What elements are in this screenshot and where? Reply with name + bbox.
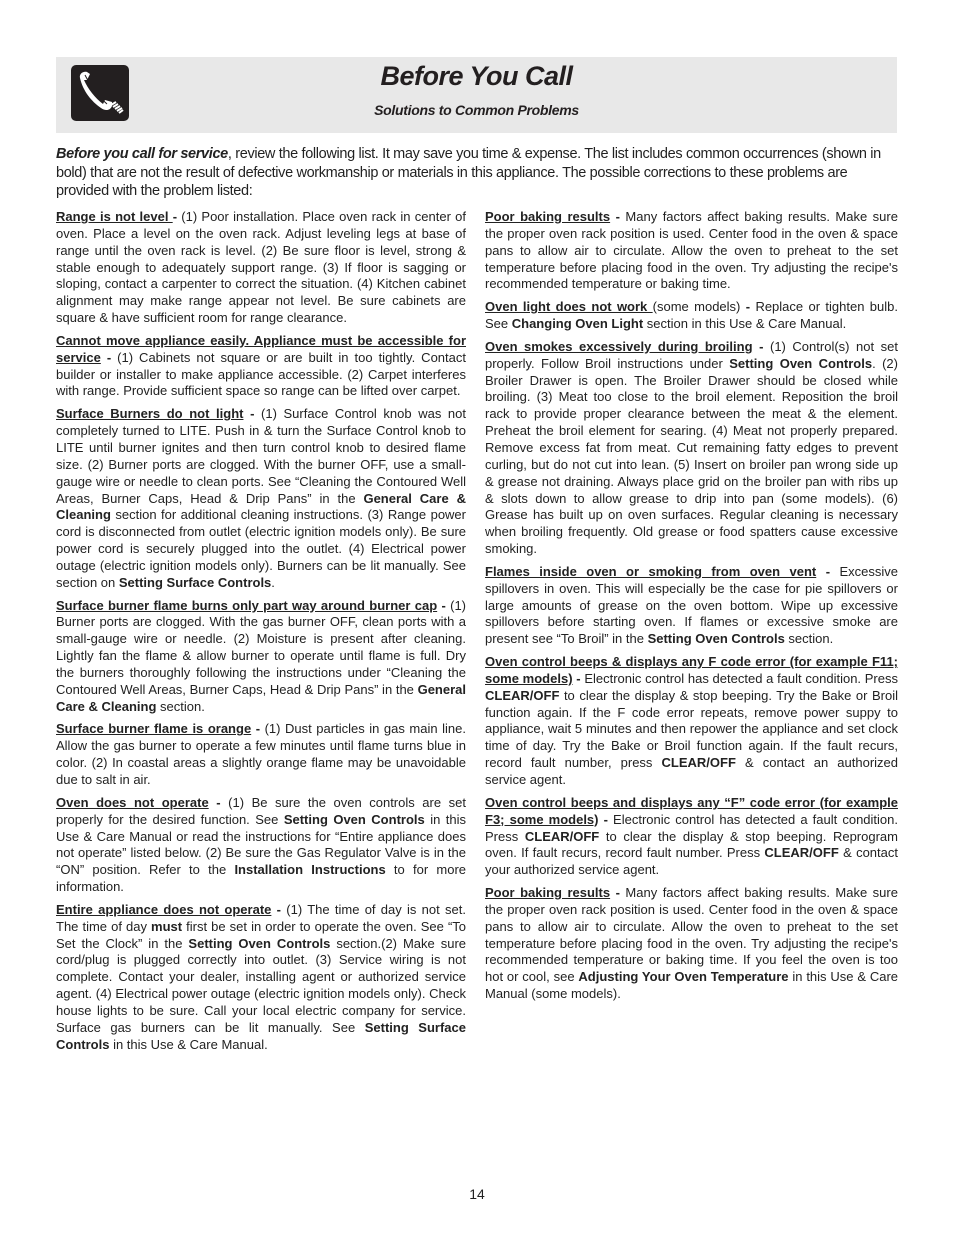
problem-entry: Range is not level - (1) Poor installati…: [56, 209, 466, 327]
problem-heading: Flames inside oven or smoking from oven …: [485, 564, 816, 579]
heading-dash: -: [277, 902, 287, 917]
solution-text: section.: [156, 699, 204, 714]
section-reference: CLEAR/OFF: [485, 688, 559, 703]
problem-entry: Flames inside oven or smoking from oven …: [485, 564, 898, 648]
section-reference: CLEAR/OFF: [662, 755, 736, 770]
problem-heading: Surface Burners do not light: [56, 406, 243, 421]
page-header: Before You Call Solutions to Common Prob…: [56, 57, 897, 133]
intro-lead: Before you call for service: [56, 146, 228, 162]
heading-dash: -: [826, 564, 840, 579]
solution-text: section in this Use & Care Manual.: [643, 316, 846, 331]
right-column: Poor baking results - Many factors affec…: [485, 209, 898, 1009]
section-reference: Adjusting Your Oven Temperature: [578, 969, 788, 984]
section-reference: Setting Oven Controls: [284, 812, 425, 827]
heading-dash: -: [746, 299, 756, 314]
solution-text: in this Use & Care Manual.: [109, 1037, 267, 1052]
section-reference: Setting Oven Controls: [729, 356, 872, 371]
problem-entry: Oven control beeps and displays any “F” …: [485, 795, 898, 879]
heading-dash: -: [173, 209, 182, 224]
heading-dash: -: [759, 339, 770, 354]
page-number: 14: [0, 1186, 954, 1202]
problem-heading: Oven does not operate: [56, 795, 209, 810]
problem-heading: Oven smokes excessively during broiling: [485, 339, 753, 354]
section-reference: Setting Oven Controls: [648, 631, 785, 646]
problem-entry: Oven control beeps & displays any F code…: [485, 654, 898, 789]
page-subtitle: Solutions to Common Problems: [56, 102, 897, 118]
solution-text: (1) Poor installation. Place oven rack i…: [56, 209, 466, 325]
heading-dash: -: [604, 812, 613, 827]
section-reference: Changing Oven Light: [512, 316, 643, 331]
problem-entry: Poor baking results - Many factors affec…: [485, 209, 898, 293]
solution-text: . (2) Broiler Drawer is open. The Broile…: [485, 356, 898, 556]
problem-heading: Surface burner flame burns only part way…: [56, 598, 437, 613]
problem-entry: Cannot move appliance easily. Appliance …: [56, 333, 466, 400]
solution-text: Electronic control has detected a fault …: [584, 671, 898, 686]
section-reference: CLEAR/OFF: [525, 829, 599, 844]
problem-entry: Oven light does not work (some models) -…: [485, 299, 898, 333]
intro-paragraph: Before you call for service, review the …: [56, 145, 899, 201]
left-column: Range is not level - (1) Poor installati…: [56, 209, 466, 1060]
problem-entry: Oven smokes excessively during broiling …: [485, 339, 898, 558]
problem-qualifier: (some models): [653, 299, 746, 314]
section-reference: must: [151, 919, 182, 934]
solution-text: (1) Cabinets not square or are built in …: [56, 350, 466, 399]
solution-text: .: [271, 575, 275, 590]
problem-entry: Entire appliance does not operate - (1) …: [56, 902, 466, 1054]
problem-heading: Range is not level: [56, 209, 173, 224]
heading-dash: -: [256, 721, 265, 736]
problem-heading: Poor baking results: [485, 885, 610, 900]
page-title: Before You Call: [56, 61, 897, 92]
solution-text: section.: [785, 631, 833, 646]
problem-entry: Surface burner flame is orange - (1) Dus…: [56, 721, 466, 788]
section-reference: Installation Instructions: [234, 862, 385, 877]
heading-dash: -: [616, 885, 626, 900]
heading-dash: -: [216, 795, 228, 810]
problem-heading: Surface burner flame is orange: [56, 721, 251, 736]
problem-entry: Poor baking results - Many factors affec…: [485, 885, 898, 1003]
heading-dash: -: [441, 598, 450, 613]
section-reference: Setting Surface Controls: [119, 575, 271, 590]
problem-heading: Oven light does not work: [485, 299, 653, 314]
heading-dash: -: [616, 209, 626, 224]
problem-entry: Surface Burners do not light - (1) Surfa…: [56, 406, 466, 591]
heading-dash: -: [107, 350, 117, 365]
problem-heading: Poor baking results: [485, 209, 610, 224]
problem-entry: Surface burner flame burns only part way…: [56, 598, 466, 716]
heading-dash: -: [250, 406, 261, 421]
section-reference: Setting Oven Controls: [188, 936, 330, 951]
section-reference: CLEAR/OFF: [764, 845, 838, 860]
problem-heading: Entire appliance does not operate: [56, 902, 271, 917]
problem-entry: Oven does not operate - (1) Be sure the …: [56, 795, 466, 896]
